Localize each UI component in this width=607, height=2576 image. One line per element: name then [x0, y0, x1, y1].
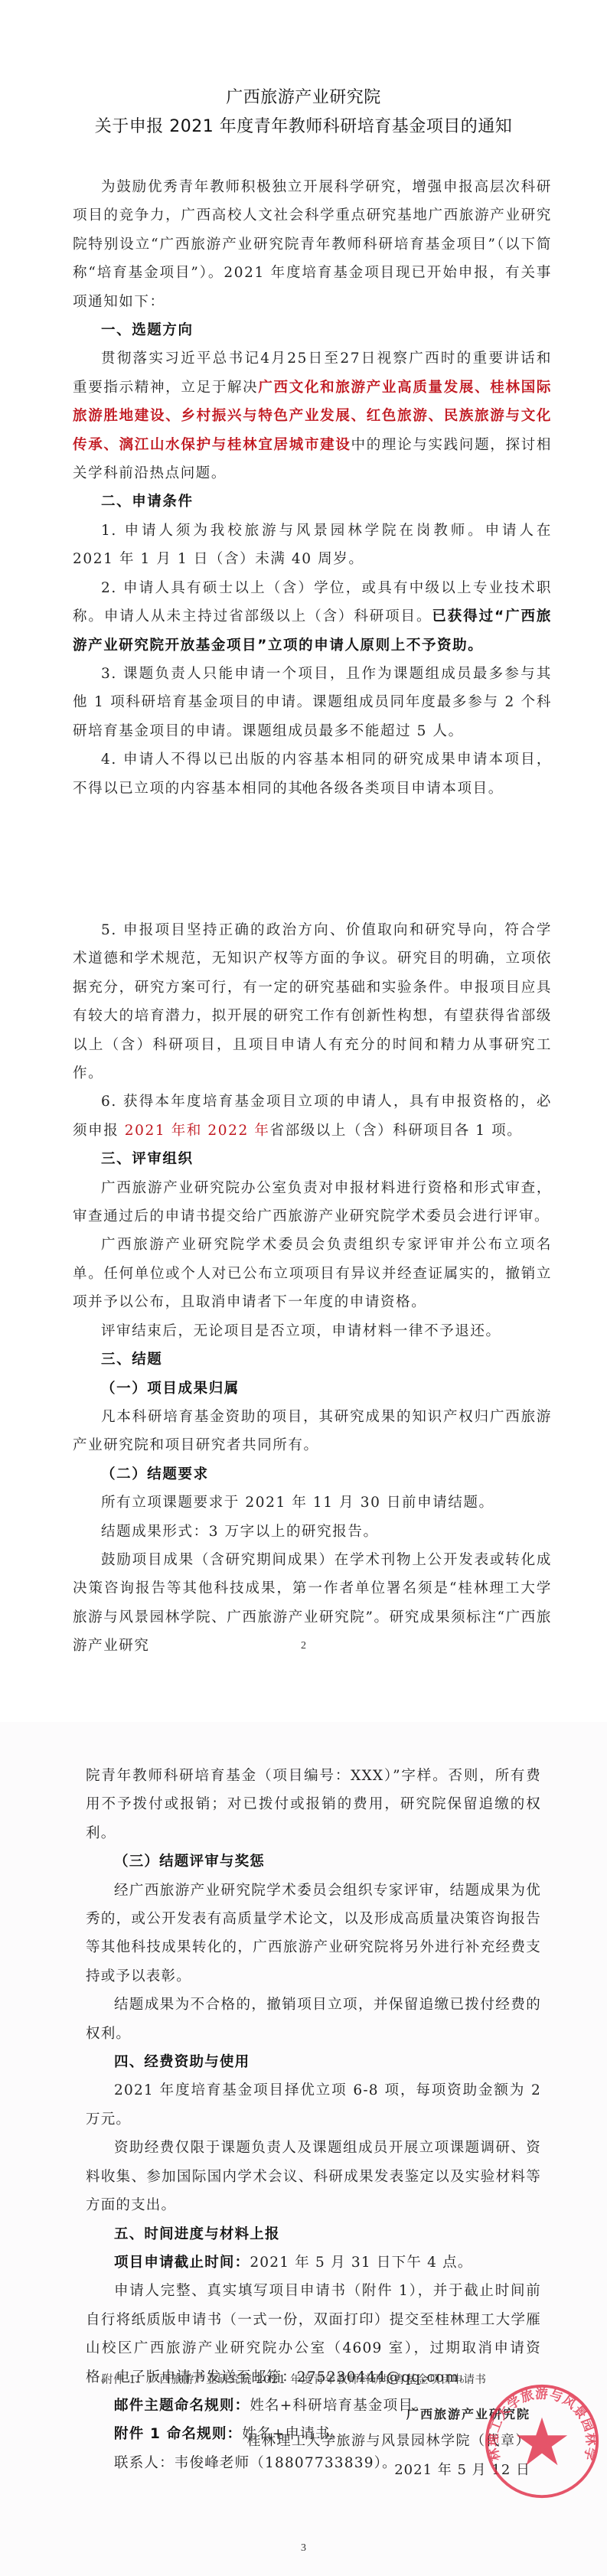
subheading-evaluation: （三）结题评审与奖惩: [86, 1847, 541, 1876]
eligibility-item-3: 3. 课题负责人只能申请一个项目，且作为课题组成员最多参与其他 1 项科研培育基…: [73, 660, 552, 745]
ownership-paragraph: 凡本科研培育基金资助的项目，其研究成果的知识产权归广西旅游产业研究院和项目研究者…: [73, 1403, 552, 1460]
page-3-body: 院青年教师科研培育基金（项目编号：XXX）”字样。否则，所有费用不予拨付或报销；…: [86, 1762, 541, 2477]
section-heading-review: 三、评审组织: [73, 1145, 552, 1173]
eligibility-item-6-years: 2021 年和 2022 年: [125, 1123, 270, 1139]
page-1-body: 为鼓励优秀青年教师积极独立开展科学研究，增强申报高层次科研项目的竞争力，广西高校…: [73, 173, 552, 803]
page-number: 3: [0, 2542, 607, 2555]
evaluation-paragraph-2: 结题成果为不合格的，撤销项目立项，并保留追缴已拨付经费的权利。: [86, 1991, 541, 2048]
eligibility-item-1: 1. 申请人须为我校旅游与风景园林学院在岗教师。申请人在 2021 年 1 月 …: [73, 517, 552, 574]
section-heading-completion: 三、结题: [73, 1345, 552, 1374]
page-1: 广西旅游产业研究院 关于申报 2021 年度青年教师科研培育基金项目的通知 为鼓…: [0, 0, 607, 830]
page-number: 1: [0, 782, 607, 794]
topics-paragraph: 贯彻落实习近平总书记4月25日至27日视察广西时的重要讲话和重要指示精神，立足于…: [73, 344, 552, 487]
review-paragraph-1: 广西旅游产业研究院办公室负责对申报材料进行资格和形式审查，审查通过后的申请书提交…: [73, 1174, 552, 1231]
review-paragraph-2: 广西旅游产业研究院学术委员会负责组织专家评审并公布立项名单。任何单位或个人对已公…: [73, 1231, 552, 1316]
requirements-publication-cont: 院青年教师科研培育基金（项目编号：XXX）”字样。否则，所有费用不予拨付或报销；…: [86, 1762, 541, 1847]
page-number: 2: [0, 1640, 607, 1652]
official-seal-stamp-icon: 桂林理工大学旅游与风景园林学院: [482, 2382, 602, 2501]
eligibility-item-5: 5. 申报项目坚持正确的政治方向、价值取向和研究导向，符合学术道德和学术规范，无…: [73, 916, 552, 1087]
review-paragraph-3: 评审结束后，无论项目是否立项，申请材料一律不予退还。: [73, 1317, 552, 1345]
funding-paragraph-1: 2021 年度培育基金项目择优立项 6-8 项，每项资助金额为 2 万元。: [86, 2076, 541, 2134]
subheading-ownership: （一）项目成果归属: [73, 1374, 552, 1403]
document-title: 关于申报 2021 年度青年教师科研培育基金项目的通知: [0, 113, 607, 137]
subheading-requirements: （二）结题要求: [73, 1460, 552, 1489]
intro-paragraph: 为鼓励优秀青年教师积极独立开展科学研究，增强申报高层次科研项目的竞争力，广西高校…: [73, 173, 552, 316]
attachment-note: 附件 1：广西旅游产业研究院 2021 年度青年教师科研培育基金项目申请书: [102, 2371, 487, 2387]
requirements-format: 结题成果形式：3 万字以上的研究报告。: [73, 1518, 552, 1546]
page-2-body: 5. 申报项目坚持正确的政治方向、价值取向和研究导向，符合学术道德和学术规范，无…: [73, 916, 552, 1661]
section-heading-schedule: 五、时间进度与材料上报: [86, 2220, 541, 2248]
deadline-label: 项目申请截止时间：: [114, 2255, 250, 2271]
document-title-org: 广西旅游产业研究院: [0, 84, 607, 108]
section-heading-eligibility: 二、申请条件: [73, 487, 552, 516]
requirements-deadline: 所有立项课题要求于 2021 年 11 月 30 日前申请结题。: [73, 1489, 552, 1517]
evaluation-paragraph-1: 经广西旅游产业研究院学术委员会组织专家评审，结题成果为优秀的，或公开发表有高质量…: [86, 1877, 541, 1991]
deadline-line: 项目申请截止时间：2021 年 5 月 31 日下午 4 点。: [86, 2248, 541, 2277]
eligibility-item-6: 6. 获得本年度培育基金项目立项的申请人，具有申报资格的，必须申报 2021 年…: [73, 1087, 552, 1145]
section-heading-topics: 一、选题方向: [73, 316, 552, 344]
page-2: 5. 申报项目坚持正确的政治方向、价值取向和研究导向，符合学术道德和学术规范，无…: [0, 830, 607, 1722]
deadline-value: 2021 年 5 月 31 日下午 4 点。: [250, 2255, 472, 2271]
section-heading-funding: 四、经费资助与使用: [86, 2048, 541, 2076]
eligibility-item-2: 2. 申请人具有硕士以上（含）学位，或具有中级以上专业技术职称。申请人从未主持过…: [73, 574, 552, 660]
funding-paragraph-2: 资助经费仅限于课题负责人及课题组成员开展立项课题调研、资料收集、参加国际国内学术…: [86, 2134, 541, 2219]
